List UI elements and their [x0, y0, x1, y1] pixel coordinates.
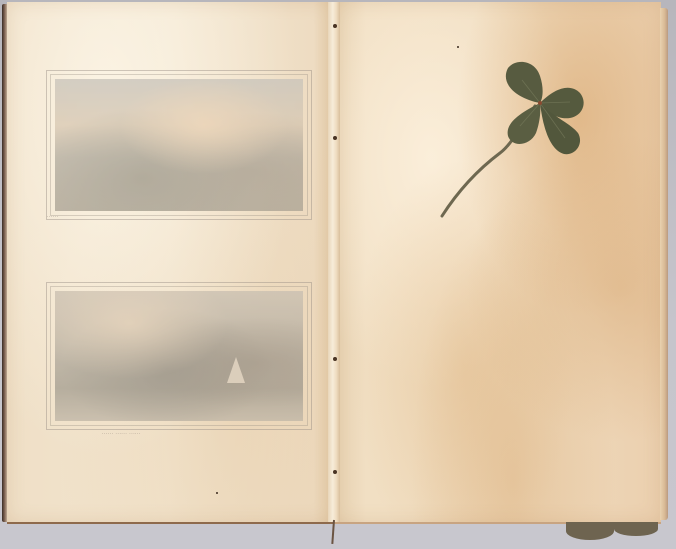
paper-speck	[457, 46, 459, 48]
book-gutter	[328, 2, 340, 522]
binding-stitch	[333, 470, 337, 474]
binding-stitch	[333, 24, 337, 28]
open-book: …… …… …… ……	[2, 2, 668, 524]
engraving-plate-upper	[46, 70, 312, 220]
clover-leaf-protruding	[566, 522, 614, 540]
photo-scene: …… …… …… ……	[0, 0, 676, 549]
paper-speck	[216, 492, 218, 494]
sailboat-shape	[227, 357, 245, 383]
engraving-image-upper	[55, 79, 303, 211]
four-leaf-clover-icon	[440, 58, 590, 218]
engraving-image-lower	[55, 291, 303, 421]
right-page-edges	[660, 8, 668, 520]
binding-stitch	[333, 136, 337, 140]
binding-stitch	[333, 357, 337, 361]
plate-caption-upper: ……	[47, 213, 59, 219]
engraving-plate-lower	[46, 282, 312, 430]
left-page: …… …… …… ……	[7, 2, 333, 524]
clover-leaf-protruding	[614, 522, 658, 536]
plate-caption-lower: …… …… ……	[102, 430, 141, 436]
